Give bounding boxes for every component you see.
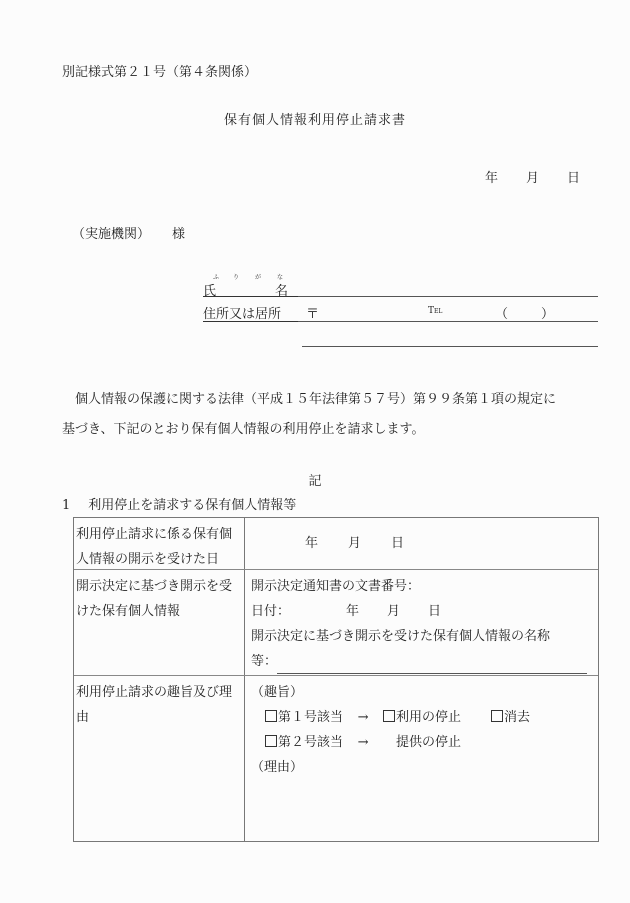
checkbox-option-2[interactable] bbox=[265, 735, 277, 747]
tel-paren-open: （ bbox=[495, 303, 508, 322]
table-row-disclosure-date: 利用停止請求に係る保有個人情報の開示を受けた日 年月日 bbox=[74, 518, 598, 569]
info-name-field[interactable]: 等： bbox=[251, 649, 598, 674]
date-label: 日付： bbox=[251, 604, 290, 619]
row-label: 利用停止請求に係る保有個人情報の開示を受けた日 bbox=[74, 518, 245, 569]
checkbox-erase[interactable] bbox=[491, 710, 503, 722]
applicant-block: ふ り が な 氏 名 住所又は居所 〒 Tel （ ） bbox=[203, 272, 598, 322]
year-label: 年 bbox=[346, 604, 359, 619]
section-title: 利用停止を請求する保有個人情報等 bbox=[88, 498, 296, 513]
form-number: 別記様式第２１号（第４条関係） bbox=[62, 61, 257, 80]
day-label: 日 bbox=[428, 604, 441, 619]
month-label: 月 bbox=[348, 531, 361, 556]
doc-date-field[interactable]: 日付：年月日 bbox=[251, 599, 598, 624]
request-date: 年月日 bbox=[485, 167, 580, 186]
year-label: 年 bbox=[305, 531, 318, 556]
honorific: 様 bbox=[172, 227, 185, 242]
arrow-icon: → bbox=[343, 730, 383, 755]
reason-field[interactable] bbox=[251, 780, 598, 830]
furigana-char: が bbox=[255, 272, 261, 281]
option-1-label: 第１号該当 bbox=[278, 710, 343, 725]
section-heading: 1利用停止を請求する保有個人情報等 bbox=[62, 494, 296, 513]
row-label: 利用停止請求の趣旨及び理由 bbox=[74, 676, 245, 841]
stop-provision-label: 提供の停止 bbox=[396, 735, 461, 750]
statement-line-2: 基づき、下記のとおり保有個人情報の利用停止を請求します。 bbox=[62, 415, 607, 445]
tel-paren-close: ） bbox=[541, 303, 554, 322]
info-name-label: 開示決定に基づき開示を受けた保有個人情報の名称 bbox=[251, 624, 598, 649]
date-day: 日 bbox=[567, 167, 580, 186]
day-label: 日 bbox=[391, 531, 404, 556]
document-title: 保有個人情報利用停止請求書 bbox=[0, 109, 630, 128]
request-table: 利用停止請求に係る保有個人情報の開示を受けた日 年月日 開示決定に基づき開示を受… bbox=[73, 517, 599, 842]
address-label: 住所又は居所 bbox=[203, 303, 281, 322]
furigana-char: り bbox=[233, 272, 239, 281]
arrow-icon: → bbox=[343, 705, 383, 730]
checkbox-option-1[interactable] bbox=[265, 710, 277, 722]
institution-label: （実施機関） bbox=[72, 227, 150, 242]
option-line-2: 第２号該当→提供の停止 bbox=[251, 730, 598, 755]
option-2-label: 第２号該当 bbox=[278, 735, 343, 750]
table-row-purpose-reason: 利用停止請求の趣旨及び理由 （趣旨） 第１号該当→利用の停止消去 第２号該当→提… bbox=[74, 675, 598, 841]
addressee: （実施機関）様 bbox=[72, 223, 185, 242]
request-statement: 個人情報の保護に関する法律（平成１５年法律第５７号）第９９条第１項の規定に 基づ… bbox=[62, 385, 607, 445]
tel-label: Tel bbox=[428, 306, 442, 316]
info-name-blank[interactable] bbox=[277, 659, 587, 674]
table-row-disclosed-info: 開示決定に基づき開示を受けた保有個人情報 開示決定通知書の文書番号： 日付：年月… bbox=[74, 569, 598, 675]
name-field[interactable]: ふ り が な 氏 名 bbox=[203, 272, 598, 297]
address-line-2[interactable] bbox=[302, 346, 598, 347]
reason-heading: （理由） bbox=[251, 755, 598, 780]
address-field[interactable]: 住所又は居所 〒 Tel （ ） bbox=[203, 297, 598, 322]
label-underline bbox=[203, 321, 298, 322]
checkbox-stop-use[interactable] bbox=[383, 710, 395, 722]
option-line-1: 第１号該当→利用の停止消去 bbox=[251, 705, 598, 730]
date-year: 年 bbox=[485, 167, 498, 186]
month-label: 月 bbox=[387, 604, 400, 619]
doc-number-field[interactable]: 開示決定通知書の文書番号： bbox=[251, 574, 598, 599]
purpose-reason-cell: （趣旨） 第１号該当→利用の停止消去 第２号該当→提供の停止 （理由） bbox=[245, 676, 598, 841]
purpose-heading: （趣旨） bbox=[251, 680, 598, 705]
disclosed-info-cell: 開示決定通知書の文書番号： 日付：年月日 開示決定に基づき開示を受けた保有個人情… bbox=[245, 570, 598, 675]
postal-mark-icon: 〒 bbox=[306, 303, 319, 322]
section-number: 1 bbox=[62, 498, 70, 513]
info-name-label-cont: 等： bbox=[251, 654, 277, 669]
date-month: 月 bbox=[526, 167, 539, 186]
erase-label: 消去 bbox=[504, 710, 530, 725]
ki-heading: 記 bbox=[0, 470, 630, 489]
row-label: 開示決定に基づき開示を受けた保有個人情報 bbox=[74, 570, 245, 675]
stop-use-label: 利用の停止 bbox=[396, 710, 461, 725]
statement-line-1: 個人情報の保護に関する法律（平成１５年法律第５７号）第９９条第１項の規定に bbox=[62, 385, 607, 415]
disclosure-date-field[interactable]: 年月日 bbox=[245, 518, 598, 569]
